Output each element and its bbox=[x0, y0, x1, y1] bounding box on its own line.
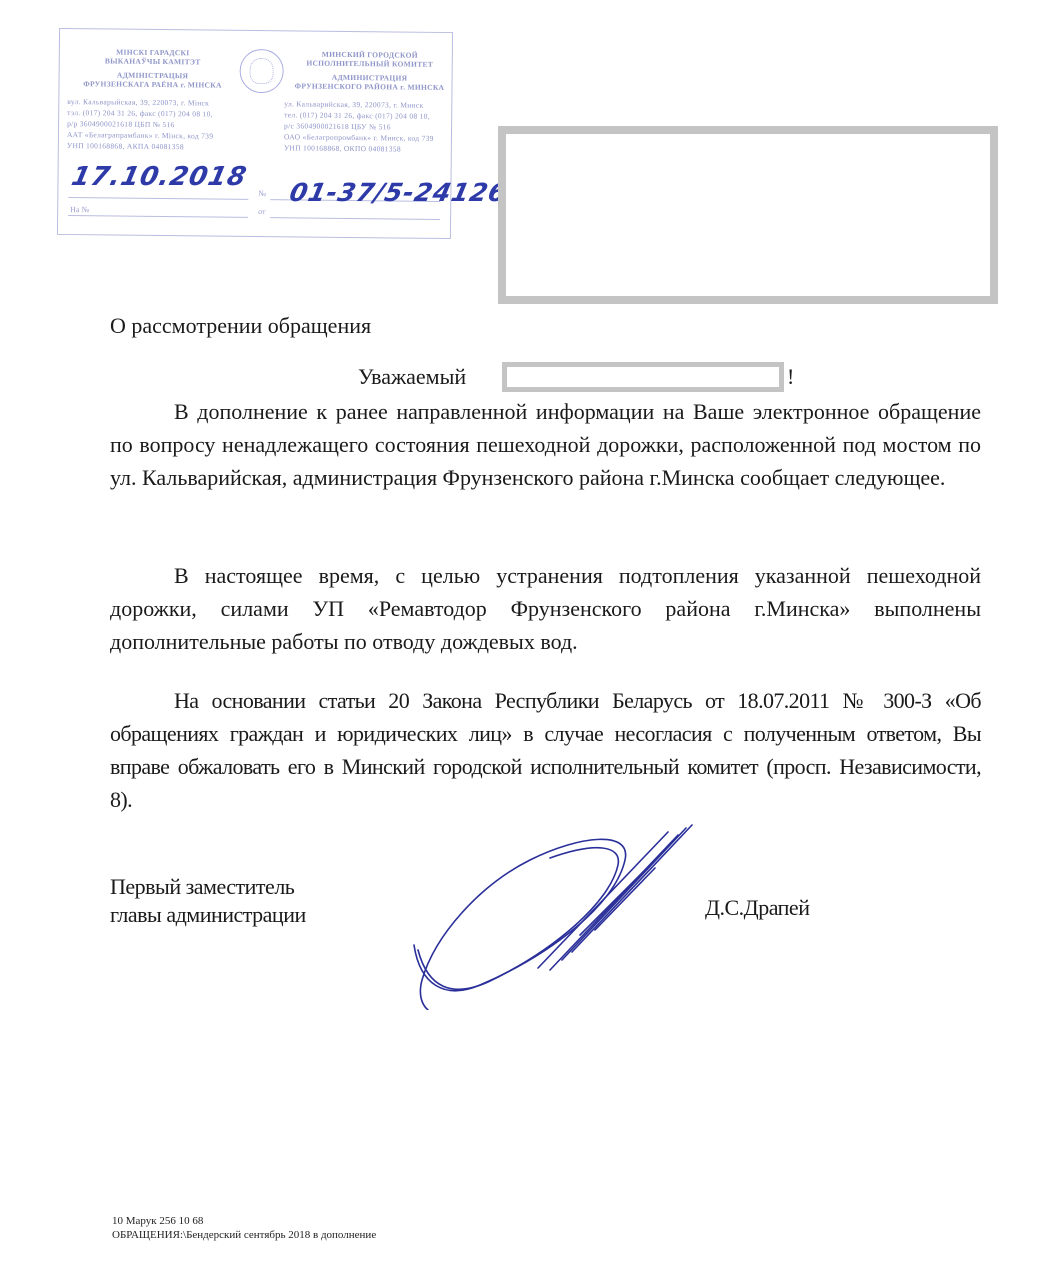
stamp-address-ru: ул. Кальварийская, 39, 220073, г. Минск … bbox=[284, 98, 455, 155]
stamp-text: УНП 100168868, ОКПО 04081358 bbox=[284, 142, 454, 155]
stamp-right-block: МИНСКИЙ ГОРОДСКОЙ ИСПОЛНИТЕЛЬНЫЙ КОМИТЕТ… bbox=[284, 49, 455, 155]
signatory-name: Д.С.Драпей bbox=[705, 895, 809, 921]
stamp-text: ИСПОЛНИТЕЛЬНЫЙ КОМИТЕТ bbox=[285, 58, 455, 69]
body-paragraph-1: В дополнение к ранее направленной информ… bbox=[110, 395, 981, 494]
number-label: № bbox=[258, 189, 266, 199]
handwritten-date: 17.10.2018 bbox=[69, 162, 250, 192]
body-paragraph-3: На основании статьи 20 Закона Республики… bbox=[110, 684, 981, 816]
from-line bbox=[270, 217, 440, 220]
state-emblem-icon bbox=[239, 49, 283, 93]
executor-footer: 10 Марук 256 10 68 ОБРАЩЕНИЯ:\Бендерский… bbox=[112, 1214, 376, 1242]
signatory-title-line: Первый заместитель bbox=[110, 873, 306, 901]
stamp-dept-by: АДМІНІСТРАЦЫЯ ФРУНЗЕНСКАГА РАЁНА г. МІНС… bbox=[67, 70, 237, 90]
signatory-title-line: главы администрации bbox=[110, 901, 306, 929]
greeting-exclamation: ! bbox=[787, 364, 794, 390]
file-path-line: ОБРАЩЕНИЯ:\Бендерский сентябрь 2018 в до… bbox=[112, 1228, 376, 1242]
stamp-text: ФРУНЗЕНСКОГО РАЙОНА г. МИНСКА bbox=[284, 81, 454, 92]
stamp-address-by: вул. Кальварыйская, 39, 220073, г. Мінск… bbox=[67, 96, 238, 153]
executor-line: 10 Марук 256 10 68 bbox=[112, 1214, 376, 1228]
stamp-text: УНП 100168868, АКПА 04081358 bbox=[67, 140, 237, 153]
letter-subject: О рассмотрении обращения bbox=[110, 313, 371, 339]
stamp-org-by: МІНСКІ ГАРАДСКІ ВЫКАНАЎЧЫ КАМІТЭТ bbox=[68, 47, 238, 67]
stamp-dept-ru: АДМИНИСТРАЦИЯ ФРУНЗЕНСКОГО РАЙОНА г. МИН… bbox=[284, 72, 454, 92]
registration-stamp: МІНСКІ ГАРАДСКІ ВЫКАНАЎЧЫ КАМІТЭТ АДМІНІ… bbox=[57, 28, 453, 239]
to-number-label: На № bbox=[70, 205, 89, 215]
signatory-title: Первый заместитель главы администрации bbox=[110, 873, 306, 929]
redacted-recipient-name bbox=[502, 362, 784, 392]
from-label: от bbox=[258, 207, 265, 217]
stamp-text: ФРУНЗЕНСКАГА РАЁНА г. МІНСКА bbox=[67, 79, 237, 90]
date-line bbox=[68, 197, 248, 200]
stamp-left-block: МІНСКІ ГАРАДСКІ ВЫКАНАЎЧЫ КАМІТЭТ АДМІНІ… bbox=[67, 47, 238, 153]
body-paragraph-2: В настоящее время, с целью устранения по… bbox=[110, 559, 981, 658]
to-number-line bbox=[68, 215, 248, 218]
stamp-org-ru: МИНСКИЙ ГОРОДСКОЙ ИСПОЛНИТЕЛЬНЫЙ КОМИТЕТ bbox=[285, 49, 455, 69]
stamp-text: ВЫКАНАЎЧЫ КАМІТЭТ bbox=[68, 56, 238, 67]
greeting: Уважаемый bbox=[358, 364, 466, 390]
redacted-recipient-address bbox=[498, 126, 998, 304]
handwritten-signature bbox=[400, 810, 720, 1010]
